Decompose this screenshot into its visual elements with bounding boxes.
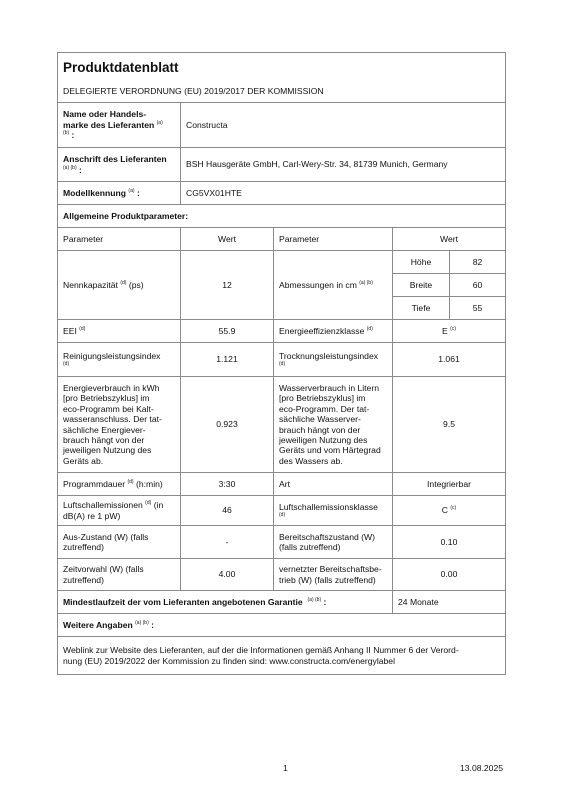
supplier-address-row: Anschrift des Lieferanten (a) (b) : BSH … [58,148,506,182]
footer-date: 13.08.2025 [460,763,503,773]
document-title: Produktdatenblatt [63,60,500,76]
dimension-row-depth: Tiefe 55 [393,297,505,320]
noise-label: Luftschallemissionen (d) (in dB(A) re 1 … [58,496,181,526]
off-mode-label: Aus-Zustand (W) (falls zutreffend) [58,526,181,559]
networked-standby-value: 0.00 [393,559,506,591]
type-value: Integrierbar [393,473,506,496]
document-subtitle: DELEGIERTE VERORDNUNG (EU) 2019/2017 DER… [63,86,500,96]
duration-type-row: Programmdauer (d) (h:min) 3:30 Art Integ… [58,473,506,496]
guarantee-label: Mindestlaufzeit der vom Lieferanten ange… [58,591,393,614]
guarantee-row: Mindestlaufzeit der vom Lieferanten ange… [58,591,506,614]
capacity-label: Nennkapazität (d) (ps) [58,251,181,320]
eei-value: 55.9 [181,320,274,343]
delay-network-row: Zeitvorwahl (W) (falls zutreffend) 4.00 … [58,559,506,591]
dimension-row-width: Breite 60 [393,274,505,297]
dimensions-label: Abmessungen in cm (a) (b) [274,251,393,320]
delay-start-value: 4.00 [181,559,274,591]
noise-value: 46 [181,496,274,526]
off-mode-value: - [181,526,274,559]
delay-start-label: Zeitvorwahl (W) (falls zutreffend) [58,559,181,591]
off-standby-row: Aus-Zustand (W) (falls zutreffend) - Ber… [58,526,506,559]
supplier-name-label: Name oder Handels- marke des Lieferanten… [58,103,181,148]
general-section-row: Allgemeine Produktparameter: [58,205,506,228]
standby-label: Bereitschaftszustand (W) (falls zutreffe… [274,526,393,559]
water-consumption-value: 9.5 [393,377,506,473]
title-row: Produktdatenblatt DELEGIERTE VERORDNUNG … [58,53,506,103]
cleaning-index-label: Reinigungsleistungsindex (d) [58,343,181,377]
dimension-value: 82 [450,251,506,274]
general-section-label: Allgemeine Produktparameter: [58,205,506,228]
eei-label: EEI (d) [58,320,181,343]
supplier-address-value: BSH Hausgeräte GmbH, Carl-Wery-Str. 34, … [181,148,506,182]
eei-row: EEI (d) 55.9 Energieeffizienzklasse (d) … [58,320,506,343]
dimension-value: 60 [450,274,506,297]
energy-consumption-label: Energieverbrauch in kWh [pro Betriebszyk… [58,377,181,473]
supplier-name-value: Constructa [181,103,506,148]
water-consumption-label: Wasserverbrauch in Litern [pro Betriebsz… [274,377,393,473]
model-label: Modellkennung (a) : [58,182,181,205]
program-duration-label: Programmdauer (d) (h:min) [58,473,181,496]
dimensions-subtable: Höhe 82 Breite 60 Tiefe 55 [393,251,505,319]
dimension-row-height: Höhe 82 [393,251,505,274]
cleaning-index-value: 1.121 [181,343,274,377]
standby-value: 0.10 [393,526,506,559]
additional-info-header-row: Weitere Angaben (a) (b) : [58,614,506,637]
page-number: 1 [283,763,288,773]
additional-info-label: Weitere Angaben (a) (b) : [58,614,506,637]
data-sheet-table: Produktdatenblatt DELEGIERTE VERORDNUNG … [57,52,506,675]
noise-class-label: Luftschallemissionsklasse (d) [274,496,393,526]
drying-index-label: Trocknungsleistungsindex (d) [274,343,393,377]
networked-standby-label: vernetzter Bereitschaftsbe- trieb (W) (f… [274,559,393,591]
energy-consumption-value: 0.923 [181,377,274,473]
capacity-value: 12 [181,251,274,320]
supplier-name-row: Name oder Handels- marke des Lieferanten… [58,103,506,148]
energy-class-label: Energieeffizienzklasse (d) [274,320,393,343]
program-duration-value: 3:30 [181,473,274,496]
performance-index-row: Reinigungsleistungsindex (d) 1.121 Trock… [58,343,506,377]
dimension-label: Höhe [393,251,450,274]
dimension-value: 55 [450,297,506,320]
dimensions-values: Höhe 82 Breite 60 Tiefe 55 [393,251,506,320]
noise-class-value: C (c) [393,496,506,526]
header-value-1: Wert [181,228,274,251]
additional-info-text-row: Weblink zur Website des Lieferanten, auf… [58,637,506,675]
type-label: Art [274,473,393,496]
dimension-label: Breite [393,274,450,297]
consumption-row: Energieverbrauch in kWh [pro Betriebszyk… [58,377,506,473]
capacity-dimensions-row: Nennkapazität (d) (ps) 12 Abmessungen in… [58,251,506,320]
header-value-2: Wert [393,228,506,251]
model-value: CG5VX01HTE [181,182,506,205]
additional-info-text: Weblink zur Website des Lieferanten, auf… [58,637,506,675]
model-row: Modellkennung (a) : CG5VX01HTE [58,182,506,205]
header-parameter-1: Parameter [58,228,181,251]
noise-row: Luftschallemissionen (d) (in dB(A) re 1 … [58,496,506,526]
header-row: Parameter Wert Parameter Wert [58,228,506,251]
supplier-address-label: Anschrift des Lieferanten (a) (b) : [58,148,181,182]
guarantee-value: 24 Monate [393,591,506,614]
product-data-sheet: Produktdatenblatt DELEGIERTE VERORDNUNG … [57,52,505,675]
drying-index-value: 1.061 [393,343,506,377]
dimension-label: Tiefe [393,297,450,320]
energy-class-value: E (c) [393,320,506,343]
header-parameter-2: Parameter [274,228,393,251]
